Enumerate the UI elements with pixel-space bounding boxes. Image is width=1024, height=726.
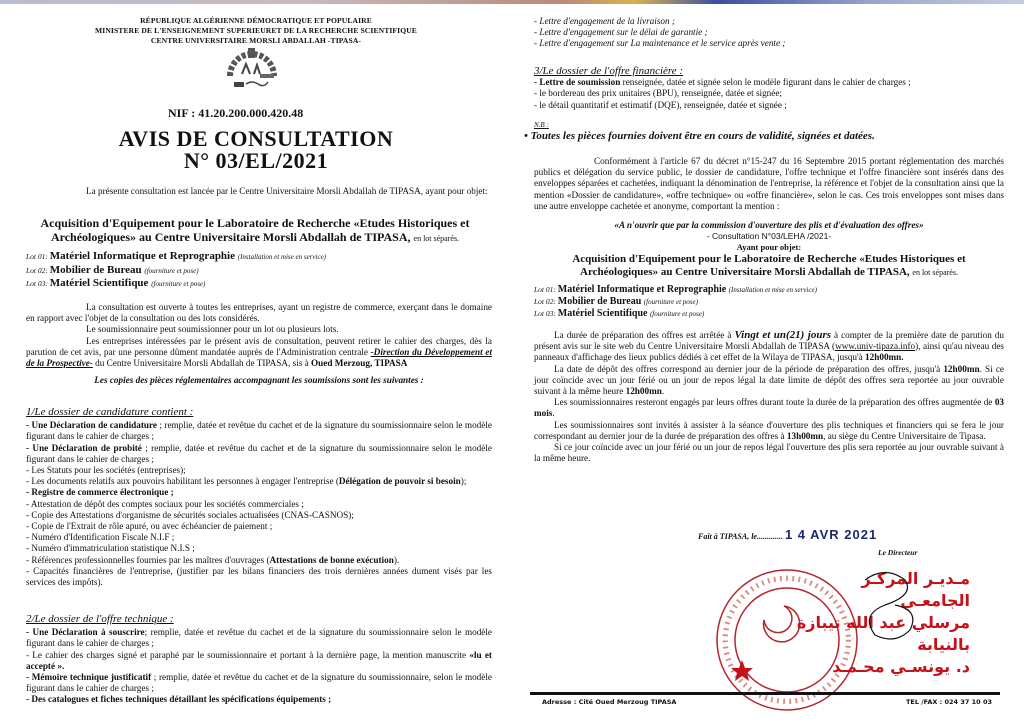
lot-name: Matériel Informatique et Reprographie [558, 284, 729, 295]
item-text: renseignée, datée et signée selon le mod… [620, 77, 910, 87]
item-bold: - Une Déclaration de probité [26, 443, 142, 453]
consultation-ref: - Consultation N°03/LEHA /2021- [534, 231, 1004, 242]
location: Oued Merzoug, TIPASA [311, 358, 407, 368]
item-bold: - Mémoire technique justificatif [26, 672, 151, 682]
acquisition-object: Acquisition d'Equipement pour le Laborat… [30, 216, 480, 246]
lot-note: (fourniture et pose) [144, 267, 198, 275]
list-item: - Des catalogues et fiches techniques dé… [26, 694, 492, 705]
intro-paragraph: La présente consultation est lancée par … [26, 186, 492, 197]
list-item: - Une Déclaration de probité ; remplie, … [26, 443, 492, 465]
deposit-time: 12h00mn [943, 364, 979, 374]
lot-item: Lot 03: Matériel Scientifique (fournitur… [534, 308, 817, 320]
lot-label: Lot 03: [534, 309, 558, 318]
list-item: - Numéro d'Identification Fiscale N.I.F … [26, 532, 492, 543]
letterhead: RÉPUBLIQUE ALGÉRIENNE DÉMOCRATIQUE ET PO… [0, 16, 512, 46]
item-bold: - Des catalogues et fiches techniques dé… [26, 694, 331, 704]
lot-note: (fourniture et pose) [644, 298, 698, 306]
list-item: - Mémoire technique justificatif ; rempl… [26, 672, 492, 694]
item-text: - Les Statuts pour les sociétés (entrepr… [26, 465, 186, 475]
item-text: - Références professionnelles fournies p… [26, 555, 270, 565]
list-item: - Le cahier des charges signé et paraphé… [26, 650, 492, 672]
lot-name: Matériel Scientifique [50, 277, 151, 289]
deposit-time-2: 12h00mn [626, 386, 662, 396]
lot-item: Lot 01: Matériel Informatique et Reprogr… [534, 284, 817, 296]
financiere-title: 3/Le dossier de l'offre financière : [534, 66, 1004, 77]
candidature-title: 1/Le dossier de candidature contient : [26, 407, 492, 418]
envelope-mention: «A n'ouvrir que par la commission d'ouve… [534, 220, 1004, 254]
acquisition-object-right: Acquisition d'Equipement pour le Laborat… [534, 253, 1004, 279]
object-text: Acquisition d'Equipement pour le Laborat… [40, 216, 469, 244]
footer-phone: TEL /FAX : 024 37 10 03 [906, 698, 992, 706]
list-item: - Lettre d'engagement sur le délai de ga… [534, 27, 1004, 38]
lot-label: Lot 01: [26, 252, 50, 261]
lot-label: Lot 02: [26, 266, 50, 275]
list-item: - Capacités financières de l'entreprise,… [26, 566, 492, 588]
nif-number: NIF : 41.20.200.000.420.48 [168, 106, 303, 121]
item-text: - Numéro d'immatriculation statistique N… [26, 543, 195, 553]
lot-label: Lot 03: [26, 279, 50, 288]
lot-note: (fourniture et pose) [650, 310, 704, 318]
lot-name: Mobilier de Bureau [50, 264, 145, 276]
lot-note: (fourniture et pose) [151, 280, 205, 288]
signature-line: د. يونسـي محـمـد [790, 656, 970, 678]
item-text: - le bordereau des prix unitaires (BPU),… [534, 88, 782, 98]
lot-note: (Installation et mise en service) [729, 286, 817, 294]
list-item: - Copie des Attestations d'organisme de … [26, 510, 492, 521]
technique-title: 2/Le dossier de l'offre technique : [26, 614, 492, 625]
item-text: - Les documents relatifs aux pouvoirs ha… [26, 476, 339, 486]
signed-at-text: Fait à TIPASA, le............. [698, 532, 783, 541]
conditions-block: La consultation est ouverte à toutes les… [26, 302, 492, 386]
handwritten-signature-icon [845, 565, 935, 645]
item-text: - Copie des Attestations d'organisme de … [26, 510, 354, 520]
item-text-2: ). [394, 555, 399, 565]
item-text: - Numéro d'Identification Fiscale N.I.F … [26, 532, 174, 542]
opening-paragraph: Les soumissionnaires sont invités à assi… [534, 420, 1004, 442]
list-item: - Attestation de dépôt des comptes socia… [26, 499, 492, 510]
engagement-paragraph: Les soumissionnaires resteront engagés p… [534, 397, 1004, 419]
footer-rule [530, 692, 1000, 695]
nb-block: N.B : • Toutes les pièces fournies doive… [524, 120, 1004, 142]
financiere-section: 3/Le dossier de l'offre financière : - L… [534, 66, 1004, 111]
conformity-paragraph: Conformément à l'article 67 du décret n°… [534, 156, 1004, 212]
duration-text: La durée de préparation des offres est a… [554, 330, 734, 340]
lot-item: Lot 03: Matériel Scientifique (fournitur… [26, 277, 326, 291]
withdraw-text-2: du Centre Universitaire Morsli Abdallah … [93, 358, 311, 368]
duration-days: Vingt et un(21) jours [734, 329, 831, 341]
letterhead-ministry: MINISTERE DE L'ENSEIGNEMENT SUPERIEURET … [0, 26, 512, 36]
item-text: - Attestation de dépôt des comptes socia… [26, 499, 304, 509]
list-item: - Références professionnelles fournies p… [26, 555, 492, 566]
item-text: - Capacités financières de l'entreprise,… [26, 566, 492, 587]
list-item: - Les Statuts pour les sociétés (entrepr… [26, 465, 492, 476]
technique-section: 2/Le dossier de l'offre technique : - Un… [26, 614, 492, 706]
signed-at: Fait à TIPASA, le............. 1 4 AVR 2… [698, 527, 877, 542]
page-left: RÉPUBLIQUE ALGÉRIENNE DÉMOCRATIQUE ET PO… [0, 0, 512, 726]
letterhead-centre: CENTRE UNIVERSITAIRE MORSLI ABDALLAH -TI… [0, 36, 512, 46]
lot-item: Lot 02: Mobilier de Bureau (fourniture e… [534, 296, 817, 308]
multi-lot-paragraph: Le soumissionnaire peut soumissionner po… [26, 324, 492, 335]
nb-content: Toutes les pièces fournies doivent être … [531, 130, 875, 142]
duration-paragraph: La durée de préparation des offres est a… [534, 330, 1004, 364]
eligibility-paragraph: La consultation est ouverte à toutes les… [26, 302, 492, 324]
list-item: - Une Déclaration à souscrire; remplie, … [26, 627, 492, 649]
technique-continued: - Lettre d'engagement de la livraison ;-… [534, 16, 1004, 50]
item-bold: - Lettre de soumission [534, 77, 620, 87]
list-item: - Lettre d'engagement de la livraison ; [534, 16, 1004, 27]
university-logo-icon [222, 46, 282, 94]
opening-time: 13h00mn [787, 431, 823, 441]
item-text: - le détail quantitatif et estimatif (DQ… [534, 100, 787, 110]
lot-name: Matériel Informatique et Reprographie [50, 250, 238, 262]
financiere-list: - Lettre de soumission renseignée, datée… [534, 77, 1004, 111]
item-text: - Le cahier des charges signé et paraphé… [26, 650, 469, 660]
footer-address: Adresse : Cité Oued Merzoug TIPASA [542, 698, 676, 706]
lot-label: Lot 02: [534, 297, 558, 306]
date-stamp: 1 4 AVR 2021 [785, 527, 877, 542]
document-title: AVIS DE CONSULTATION N° 03/EL/2021 [0, 128, 512, 172]
list-item: - Les documents relatifs aux pouvoirs ha… [26, 476, 492, 487]
list-item: - Numéro d'immatriculation statistique N… [26, 543, 492, 554]
lot-item: Lot 02: Mobilier de Bureau (fourniture e… [26, 264, 326, 278]
item-bold-2: Délégation de pouvoir si besoin [339, 476, 461, 486]
consultation-number: N° 03/EL/2021 [0, 150, 512, 172]
ayant-pour-objet: Ayant pour objet: [534, 242, 1004, 253]
withdraw-paragraph: Les entreprises intéressées par le prése… [26, 336, 492, 370]
item-bold: - Une Déclaration de candidature [26, 420, 157, 430]
list-item: - Copie de l'Extrait de rôle apuré, ou a… [26, 521, 492, 532]
engagement-text: Les soumissionnaires resteront engagés p… [554, 397, 995, 407]
letterhead-republic: RÉPUBLIQUE ALGÉRIENNE DÉMOCRATIQUE ET PO… [0, 16, 512, 26]
lots-list: Lot 01: Matériel Informatique et Reprogr… [26, 250, 326, 291]
nb-text: • Toutes les pièces fournies doivent êtr… [524, 131, 1004, 142]
list-item: - Lettre de soumission renseignée, datée… [534, 77, 1004, 88]
item-text: - Copie de l'Extrait de rôle apuré, ou a… [26, 521, 272, 531]
mention-text: «A n'ouvrir que par la commission d'ouve… [534, 220, 1004, 231]
deadlines-block: La durée de préparation des offres est a… [534, 330, 1004, 464]
list-item: - Registre de commerce électronique ; [26, 487, 492, 498]
lot-item: Lot 01: Matériel Informatique et Reprogr… [26, 250, 326, 264]
object-suffix-right: en lot séparés. [912, 268, 958, 277]
lot-name: Matériel Scientifique [558, 308, 650, 319]
copies-title: Les copies des pièces réglementaires acc… [26, 375, 492, 386]
lot-name: Mobilier de Bureau [558, 296, 644, 307]
candidature-list: - Une Déclaration de candidature ; rempl… [26, 420, 492, 588]
item-bold-2: Attestations de bonne exécution [270, 555, 394, 565]
director-label: Le Directeur [878, 548, 917, 557]
item-bold: - Registre de commerce électronique ; [26, 487, 174, 497]
lots-list-right: Lot 01: Matériel Informatique et Reprogr… [534, 284, 817, 320]
deposit-text: La date de dépôt des offres correspond a… [554, 364, 943, 374]
item-bold: - Une Déclaration à souscrire [26, 627, 145, 637]
lot-label: Lot 01: [534, 285, 558, 294]
deposit-paragraph: La date de dépôt des offres correspond a… [534, 364, 1004, 398]
duration-time: 12h00mn. [865, 352, 904, 362]
candidature-section: 1/Le dossier de candidature contient : -… [26, 407, 492, 588]
list-item: - Une Déclaration de candidature ; rempl… [26, 420, 492, 442]
object-text-right: Acquisition d'Equipement pour le Laborat… [572, 253, 965, 278]
website-link[interactable]: www.univ-tipaza.info [835, 341, 915, 351]
technique-list: - Une Déclaration à souscrire; remplie, … [26, 627, 492, 705]
opening-text-2: , au siège du Centre Universitaire de Ti… [823, 431, 986, 441]
list-item: - Lettre d'engagement sur La maintenance… [534, 38, 1004, 49]
title-avis: AVIS DE CONSULTATION [0, 128, 512, 150]
list-item: - le bordereau des prix unitaires (BPU),… [534, 88, 1004, 99]
list-item: - le détail quantitatif et estimatif (DQ… [534, 100, 1004, 111]
item-text-2: ); [461, 476, 467, 486]
lot-note: (Installation et mise en service) [238, 253, 326, 261]
object-suffix: en lot séparés. [414, 234, 460, 243]
holiday-paragraph: Si ce jour coïncide avec un jour férié o… [534, 442, 1004, 464]
